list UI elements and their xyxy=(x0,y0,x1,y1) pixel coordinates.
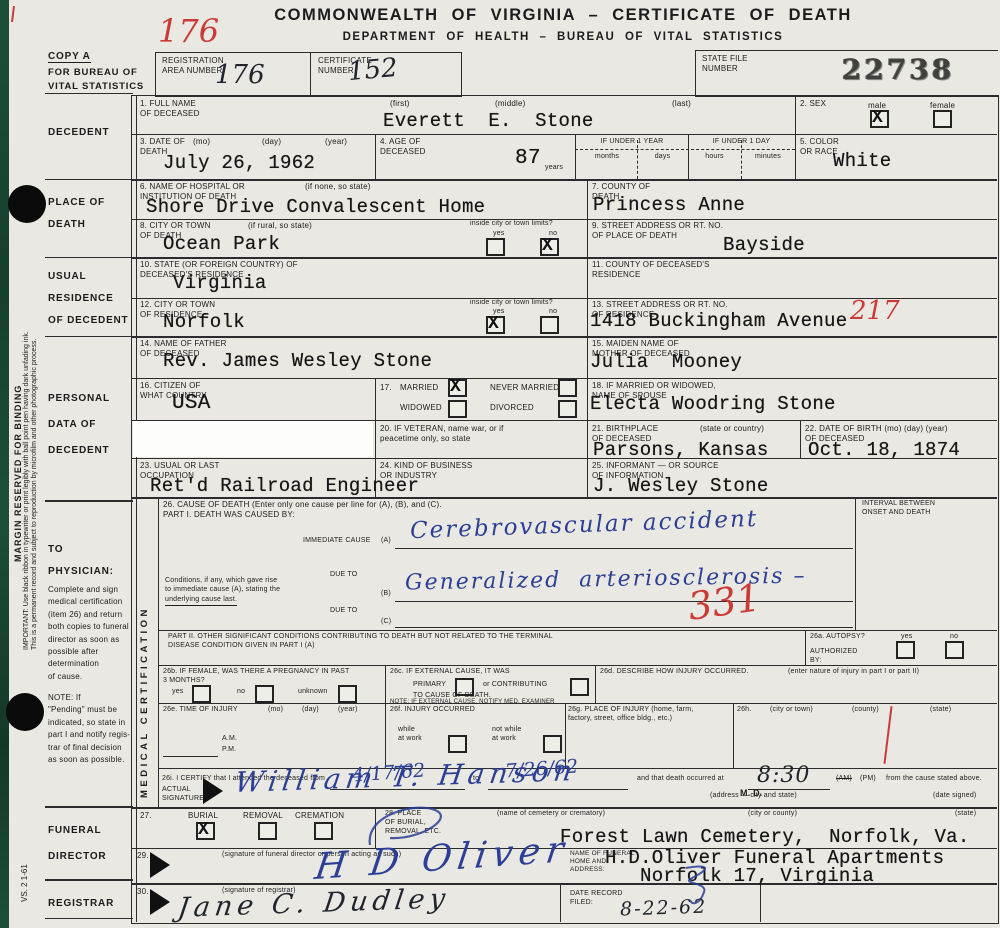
cause-c-label: (C) xyxy=(381,618,391,627)
am-option: (AM) xyxy=(836,775,852,784)
field26h-number: 26h. xyxy=(737,706,751,715)
date-signed-hint: (date signed) xyxy=(933,792,976,801)
red-registration-number: 176 xyxy=(158,12,219,50)
certificate-number-value: 152 xyxy=(347,53,399,87)
copy-a-text: COPY A xyxy=(48,51,91,63)
sex-female-checkbox xyxy=(933,110,952,128)
due-to-label-2: DUE TO xyxy=(330,607,357,616)
ink-flourish xyxy=(360,800,490,850)
punch-hole-bottom xyxy=(6,693,44,731)
field12-no-checkbox xyxy=(540,316,559,334)
divorced-label: DIVORCED xyxy=(490,403,534,413)
field4-years-label: years xyxy=(545,164,563,173)
injury-city-hint: (city or town) xyxy=(770,706,813,715)
field21-hint: (state or country) xyxy=(700,424,764,434)
cause-b-label: (B) xyxy=(381,590,391,599)
field26d-hint: (enter nature of injury in part I or par… xyxy=(788,668,919,677)
never-married-label: NEVER MARRIED xyxy=(490,383,559,393)
field30-number: 30. xyxy=(137,887,149,897)
sidebar-funeral-director: FUNERAL DIRECTOR xyxy=(48,818,106,870)
field26e-label: 26e. TIME OF INJURY xyxy=(163,706,238,715)
field2-label: 2. SEX xyxy=(800,99,826,109)
city-residence-value: Norfolk xyxy=(163,311,245,333)
not-while-at-work-checkbox xyxy=(543,735,562,753)
margin-permanent-text: This is a permanent record and subject t… xyxy=(31,339,38,650)
sidebar-pending-note: NOTE: If "Pending" must be indicated, so… xyxy=(48,692,130,766)
field8-yes-checkbox xyxy=(486,238,505,256)
autopsy-yes-checkbox xyxy=(896,641,915,659)
birthdate-value: Oct. 18, 1874 xyxy=(808,439,960,461)
spouse-value: Electa Woodring Stone xyxy=(590,393,836,415)
field12-limits-label: inside city or town limits? xyxy=(470,299,553,308)
birthplace-value: Parsons, Kansas xyxy=(593,439,769,461)
field11-label: 11. COUNTY OF DECEASED'S RESIDENCE xyxy=(592,260,710,280)
interval-label: INTERVAL BETWEEN ONSET AND DEATH xyxy=(862,500,935,518)
removal-label: REMOVAL xyxy=(243,811,283,821)
sidebar-to-physician: TO PHYSICIAN: xyxy=(48,539,114,583)
funeral-home-value-line2: Norfolk 17, Virginia xyxy=(640,865,874,887)
informant-value: J. Wesley Stone xyxy=(593,475,769,497)
form-number: VS. 2 1-61 xyxy=(20,864,29,902)
margin-binding-text: MARGIN RESERVED FOR BINDING xyxy=(13,385,23,562)
primary-label: PRIMARY xyxy=(413,681,446,690)
widowed-label: WIDOWED xyxy=(400,403,442,413)
field24-label: 24. KIND OF BUSINESS OR INDUSTRY xyxy=(380,461,472,481)
injury-mo-hint: (mo) xyxy=(268,706,283,715)
never-married-checkbox xyxy=(558,379,577,397)
date-of-death-value: July 26, 1962 xyxy=(163,152,315,174)
field3-year-hint: (year) xyxy=(325,137,347,147)
sidebar-personal-data: PERSONAL DATA OF DECEDENT xyxy=(48,386,110,464)
mother-name-value: Julia Mooney xyxy=(590,351,742,373)
date-filed-label: DATE RECORD FILED: xyxy=(570,890,623,908)
red-note-217: 217 xyxy=(850,296,900,326)
field17-number: 17. xyxy=(380,383,392,393)
not-while-at-work-label: not while at work xyxy=(492,726,521,744)
registrar-signature-arrow-icon xyxy=(150,889,170,915)
field20-label: 20. IF VETERAN, name war, or if peacetim… xyxy=(380,424,504,444)
copy-label: COPY A xyxy=(48,50,91,65)
field26-label: 26. CAUSE OF DEATH (Enter only one cause… xyxy=(163,500,442,520)
pm-option: (PM) xyxy=(860,775,876,784)
certify-tail: from the cause stated above. xyxy=(886,775,982,784)
immediate-cause-label: IMMEDIATE CAUSE xyxy=(303,537,370,546)
months-label: months xyxy=(577,153,637,162)
field8-no-checkbox: X xyxy=(540,238,559,256)
field27-number: 27. xyxy=(140,811,152,821)
married-checkbox: X xyxy=(448,379,467,397)
removal-checkbox xyxy=(258,822,277,840)
occupation-value: Ret'd Railroad Engineer xyxy=(150,475,419,497)
sidebar-decedent: DECEDENT xyxy=(48,122,109,144)
race-value: White xyxy=(833,150,892,172)
while-at-work-checkbox xyxy=(448,735,467,753)
binding-edge xyxy=(0,0,9,928)
pregnancy-yes-label: yes xyxy=(172,688,184,697)
field1-label: 1. FULL NAME OF DECEASED xyxy=(140,99,200,119)
days-label: days xyxy=(637,153,688,162)
margin-important-text: IMPORTANT: Use black ribbon in typewrite… xyxy=(23,331,30,650)
x-mark: X xyxy=(872,108,883,128)
sex-male-checkbox: X xyxy=(870,110,889,128)
injury-day-hint: (day) xyxy=(302,706,319,715)
sidebar-physician-note: Complete and sign medical certification … xyxy=(48,584,129,683)
death-certificate-page: MARGIN RESERVED FOR BINDING IMPORTANT: U… xyxy=(0,0,1000,928)
field26b-label: 26b. IF FEMALE, WAS THERE A PREGNANCY IN… xyxy=(163,668,350,686)
contributing-checkbox xyxy=(570,678,589,696)
field26f-label: 26f. INJURY OCCURRED xyxy=(390,706,475,715)
pregnancy-unknown-label: unknown xyxy=(298,688,327,697)
under-day-label: IF UNDER 1 DAY xyxy=(688,138,795,147)
medical-certification-strip: MEDICAL CERTIFICATION xyxy=(139,606,150,798)
injury-year-hint: (year) xyxy=(338,706,357,715)
burial-state-hint: (state) xyxy=(955,810,976,819)
death-occurred-label: and that death occurred at xyxy=(637,775,724,784)
autopsy-no-checkbox xyxy=(945,641,964,659)
field26d-label: 26d. DESCRIBE HOW INJURY OCCURRED. xyxy=(600,668,749,677)
hours-label: hours xyxy=(688,153,741,162)
due-to-label-1: DUE TO xyxy=(330,571,357,580)
injury-state-hint: (state) xyxy=(930,706,951,715)
field29-number: 29. xyxy=(137,851,149,861)
pregnancy-unknown-checkbox xyxy=(338,685,357,703)
divorced-checkbox xyxy=(558,400,577,418)
street-residence-value: 1418 Buckingham Avenue xyxy=(590,310,847,332)
field8-hint: (if rural, so state) xyxy=(248,221,312,231)
field12-yes-checkbox: X xyxy=(486,316,505,334)
field8-limits-label: inside city or town limits? xyxy=(470,220,553,229)
father-name-value: Rev. James Wesley Stone xyxy=(163,350,432,372)
sidebar-place-of-death: PLACE OF DEATH xyxy=(48,192,105,236)
state-file-value: 22738 xyxy=(842,53,954,86)
pregnancy-yes-checkbox xyxy=(192,685,211,703)
am-label: A.M. xyxy=(222,735,237,744)
field1-last-hint: (last) xyxy=(672,99,691,109)
death-time-value: 8:30 xyxy=(757,763,810,788)
county-death-value: Princess Anne xyxy=(593,194,745,216)
field3-mo-hint: (mo) xyxy=(193,137,210,147)
while-at-work-label: while at work xyxy=(398,726,422,744)
x-mark: X xyxy=(542,236,553,256)
page-subtitle: DEPARTMENT OF HEALTH – BUREAU OF VITAL S… xyxy=(133,31,993,43)
cause-a-label: (A) xyxy=(381,537,391,546)
conditions-note-underlined: underlying cause last. xyxy=(165,596,237,606)
full-name-value: Everett E. Stone xyxy=(383,110,594,132)
minutes-label: minutes xyxy=(741,153,795,162)
date-filed-value: 8-22-62 xyxy=(620,895,708,920)
authorized-by-label: AUTHORIZED BY: xyxy=(810,648,858,666)
cemetery-hint: (name of cemetery or crematory) xyxy=(497,810,605,819)
cremation-label: CREMATION xyxy=(295,811,344,821)
age-value: 87 xyxy=(515,147,541,170)
sidebar-registrar: REGISTRAR xyxy=(48,893,114,915)
cemetery-value: Forest Lawn Cemetery, Norfolk, Va. xyxy=(560,826,970,848)
cremation-checkbox xyxy=(314,822,333,840)
field26a-label: 26a. AUTOPSY? xyxy=(810,633,865,642)
married-label: MARRIED xyxy=(400,383,438,393)
signature-arrow-icon xyxy=(203,778,223,804)
x-mark: X xyxy=(450,377,461,397)
city-death-value: Ocean Park xyxy=(163,233,280,255)
field9-label: 9. STREET ADDRESS OR RT. NO. OF PLACE OF… xyxy=(592,221,723,241)
pregnancy-no-label: no xyxy=(237,688,245,697)
field26g-label: 26g. PLACE OF INJURY (home, farm, factor… xyxy=(568,706,693,724)
pregnancy-no-checkbox xyxy=(255,685,274,703)
burial-city-hint: (city or county) xyxy=(748,810,797,819)
field4-label: 4. AGE OF DECEASED xyxy=(380,137,426,157)
registration-area-value: 176 xyxy=(215,60,265,90)
conditions-note: Conditions, if any, which gave rise to i… xyxy=(165,577,280,595)
x-mark: X xyxy=(488,314,499,334)
actual-signature-label: ACTUAL SIGNATURE xyxy=(162,786,204,804)
widowed-checkbox xyxy=(448,400,467,418)
state-file-label: STATE FILE NUMBER xyxy=(702,54,748,74)
citizen-value: USA xyxy=(172,392,211,415)
burial-checkbox: X xyxy=(196,822,215,840)
copy-for-label: FOR BUREAU OF VITAL STATISTICS xyxy=(48,66,144,94)
under-year-label: IF UNDER 1 YEAR xyxy=(577,138,687,147)
redaction-box xyxy=(133,421,373,457)
field1-first-hint: (first) xyxy=(390,99,410,109)
state-residence-value: Virginia xyxy=(173,272,267,294)
x-mark: X xyxy=(198,820,209,840)
funeral-signature-arrow-icon xyxy=(150,852,170,878)
field3-day-hint: (day) xyxy=(262,137,281,147)
street-death-value: Bayside xyxy=(723,234,805,256)
field26c-label: 26c. IF EXTERNAL CAUSE, IT WAS xyxy=(390,668,510,677)
pm-label: P.M. xyxy=(222,746,236,755)
part2-label: PART II. OTHER SIGNIFICANT CONDITIONS CO… xyxy=(168,633,553,651)
injury-county-hint: (county) xyxy=(852,706,879,715)
contributing-label: or CONTRIBUTING xyxy=(483,681,547,690)
page-title: COMMONWEALTH OF VIRGINIA – CERTIFICATE O… xyxy=(133,6,993,25)
punch-hole-top xyxy=(8,185,46,223)
field6-hint: (if none, so state) xyxy=(305,182,371,192)
hospital-value: Shore Drive Convalescent Home xyxy=(146,196,485,218)
sidebar-usual-residence: USUAL RESIDENCE OF DECEDENT xyxy=(48,266,128,332)
field1-middle-hint: (middle) xyxy=(495,99,526,109)
md-label: M. D. xyxy=(740,788,763,799)
red-pen-mark xyxy=(11,6,15,22)
